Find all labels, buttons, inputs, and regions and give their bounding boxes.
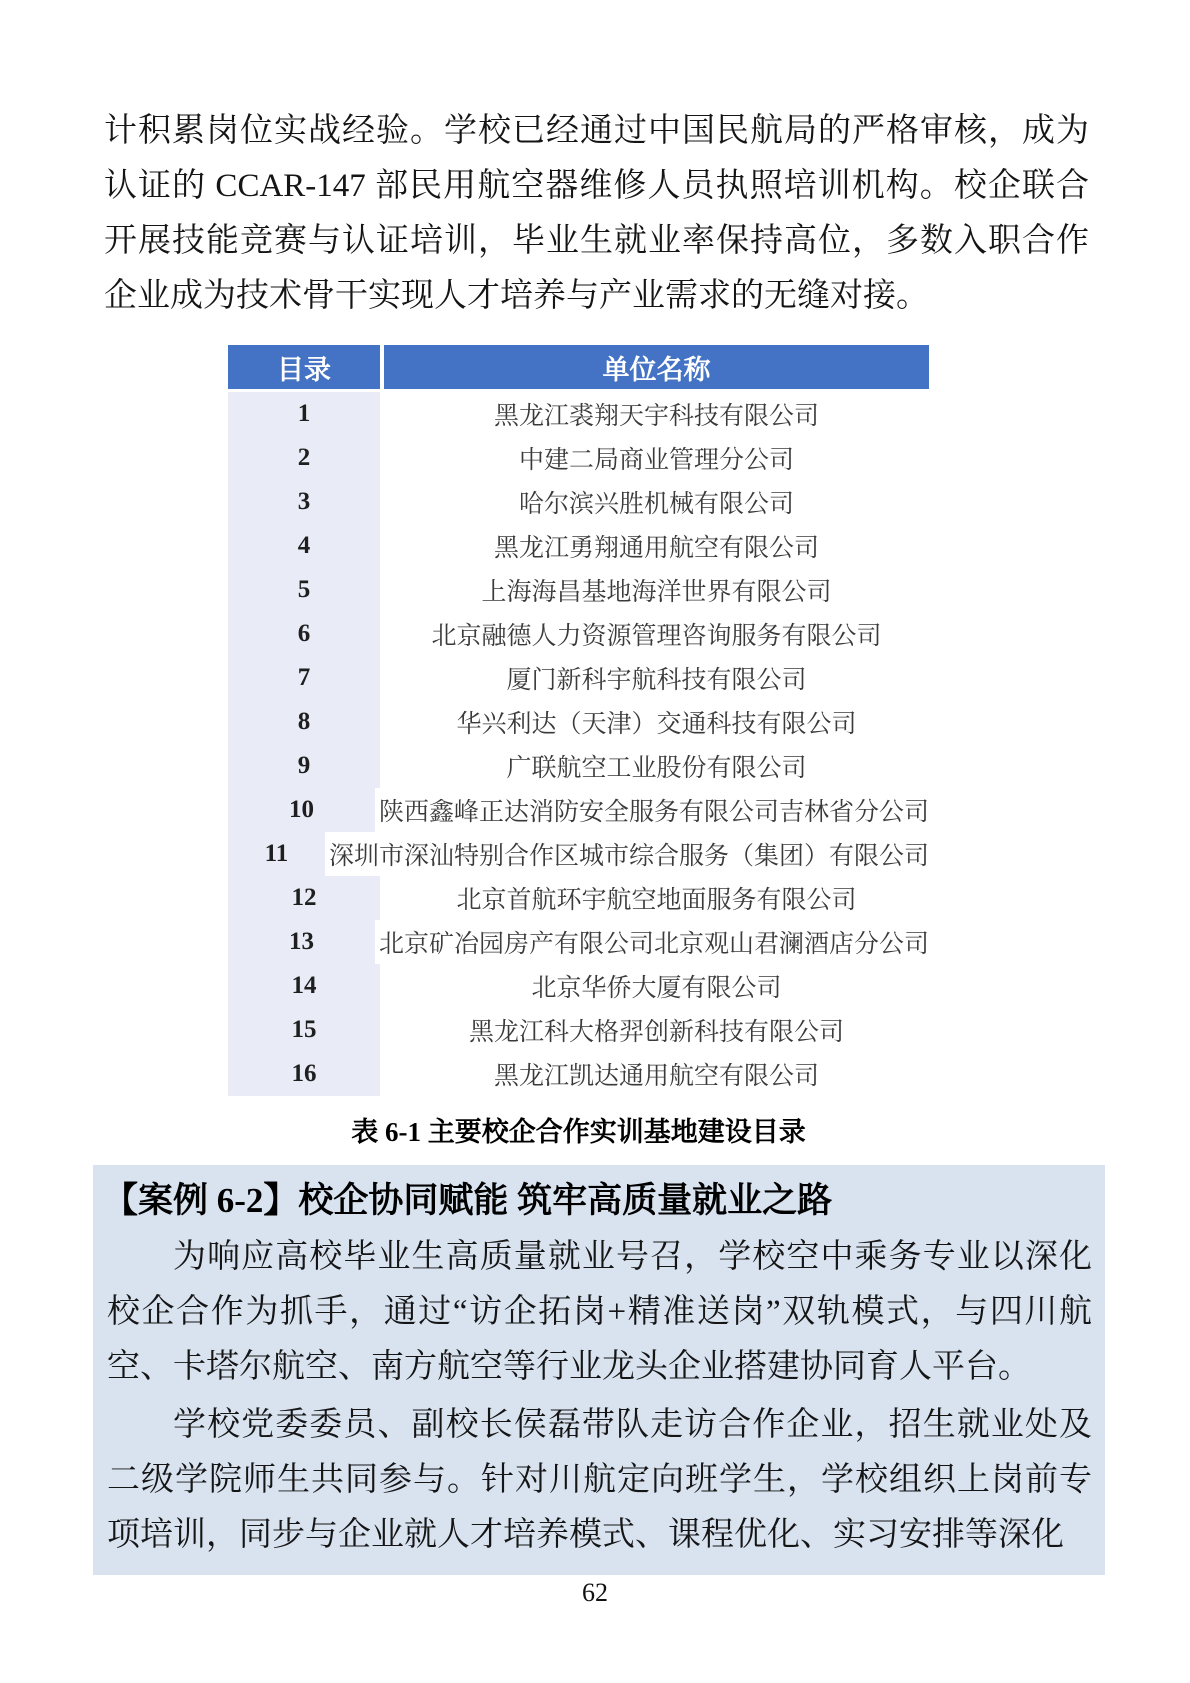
row-index: 13 [228, 920, 375, 964]
row-index: 14 [228, 964, 380, 1008]
case-section: 【案例 6-2】校企协同赋能 筑牢高质量就业之路 为响应高校毕业生高质量就业号召… [93, 1165, 1105, 1575]
company-name: 深圳市深汕特别合作区城市综合服务（集团）有限公司 [329, 832, 929, 876]
table-row: 15黑龙江科大格羿创新科技有限公司 [228, 1008, 929, 1052]
company-name: 哈尔滨兴胜机械有限公司 [384, 480, 929, 524]
row-index: 4 [228, 524, 380, 568]
table-row: 10陕西鑫峰正达消防安全服务有限公司吉林省分公司 [228, 788, 929, 832]
row-index: 9 [228, 744, 380, 788]
row-index: 15 [228, 1008, 380, 1052]
row-index: 2 [228, 436, 380, 480]
table-row: 12北京首航环宇航空地面服务有限公司 [228, 876, 929, 920]
table-row: 1黑龙江裘翔天宇科技有限公司 [228, 392, 929, 436]
row-index: 5 [228, 568, 380, 612]
case-title: 【案例 6-2】校企协同赋能 筑牢高质量就业之路 [103, 1175, 1095, 1227]
company-name: 华兴利达（天津）交通科技有限公司 [384, 700, 929, 744]
company-name: 中建二局商业管理分公司 [384, 436, 929, 480]
table-row: 11深圳市深汕特别合作区城市综合服务（集团）有限公司 [228, 832, 929, 876]
company-name: 上海海昌基地海洋世界有限公司 [384, 568, 929, 612]
top-paragraph: 计积累岗位实战经验。学校已经通过中国民航局的严格审核，成为认证的 CCAR-14… [104, 104, 1089, 324]
company-name: 黑龙江勇翔通用航空有限公司 [384, 524, 929, 568]
table-row: 6北京融德人力资源管理咨询服务有限公司 [228, 612, 929, 656]
row-index: 12 [228, 876, 380, 920]
company-table-body: 1黑龙江裘翔天宇科技有限公司2中建二局商业管理分公司3哈尔滨兴胜机械有限公司4黑… [228, 392, 929, 1096]
table-row: 13北京矿冶园房产有限公司北京观山君澜酒店分公司 [228, 920, 929, 964]
company-name: 广联航空工业股份有限公司 [384, 744, 929, 788]
company-name: 黑龙江凯达通用航空有限公司 [384, 1052, 929, 1096]
company-name: 北京融德人力资源管理咨询服务有限公司 [384, 612, 929, 656]
row-index: 10 [228, 788, 375, 832]
company-name: 北京矿冶园房产有限公司北京观山君澜酒店分公司 [379, 920, 929, 964]
table-row: 3哈尔滨兴胜机械有限公司 [228, 480, 929, 524]
row-index: 7 [228, 656, 380, 700]
case-paragraph: 为响应高校毕业生高质量就业号召，学校空中乘务专业以深化校企合作为抓手，通过“访企… [107, 1230, 1092, 1395]
row-index: 16 [228, 1052, 380, 1096]
row-index: 8 [228, 700, 380, 744]
table-row: 9广联航空工业股份有限公司 [228, 744, 929, 788]
row-index: 6 [228, 612, 380, 656]
company-name: 黑龙江科大格羿创新科技有限公司 [384, 1008, 929, 1052]
page-number: 62 [0, 1578, 1190, 1608]
company-name: 厦门新科宇航科技有限公司 [384, 656, 929, 700]
table-row: 8华兴利达（天津）交通科技有限公司 [228, 700, 929, 744]
table-row: 2中建二局商业管理分公司 [228, 436, 929, 480]
table-row: 14北京华侨大厦有限公司 [228, 964, 929, 1008]
table-row: 16黑龙江凯达通用航空有限公司 [228, 1052, 929, 1096]
company-name: 北京首航环宇航空地面服务有限公司 [384, 876, 929, 920]
table-header-row: 目录 单位名称 [228, 345, 929, 389]
company-name: 北京华侨大厦有限公司 [384, 964, 929, 1008]
table-row: 7厦门新科宇航科技有限公司 [228, 656, 929, 700]
table-caption: 表 6-1 主要校企合作实训基地建设目录 [228, 1110, 929, 1149]
row-index: 1 [228, 392, 380, 436]
row-index: 3 [228, 480, 380, 524]
header-cell-name: 单位名称 [384, 345, 929, 389]
row-index: 11 [228, 832, 325, 876]
case-paragraph: 学校党委委员、副校长侯磊带队走访合作企业，招生就业处及二级学院师生共同参与。针对… [107, 1398, 1092, 1563]
company-name: 黑龙江裘翔天宇科技有限公司 [384, 392, 929, 436]
table-row: 4黑龙江勇翔通用航空有限公司 [228, 524, 929, 568]
company-name: 陕西鑫峰正达消防安全服务有限公司吉林省分公司 [379, 788, 929, 832]
table-row: 5上海海昌基地海洋世界有限公司 [228, 568, 929, 612]
header-cell-index: 目录 [228, 345, 380, 389]
company-table: 目录 单位名称 1黑龙江裘翔天宇科技有限公司2中建二局商业管理分公司3哈尔滨兴胜… [228, 345, 929, 1096]
